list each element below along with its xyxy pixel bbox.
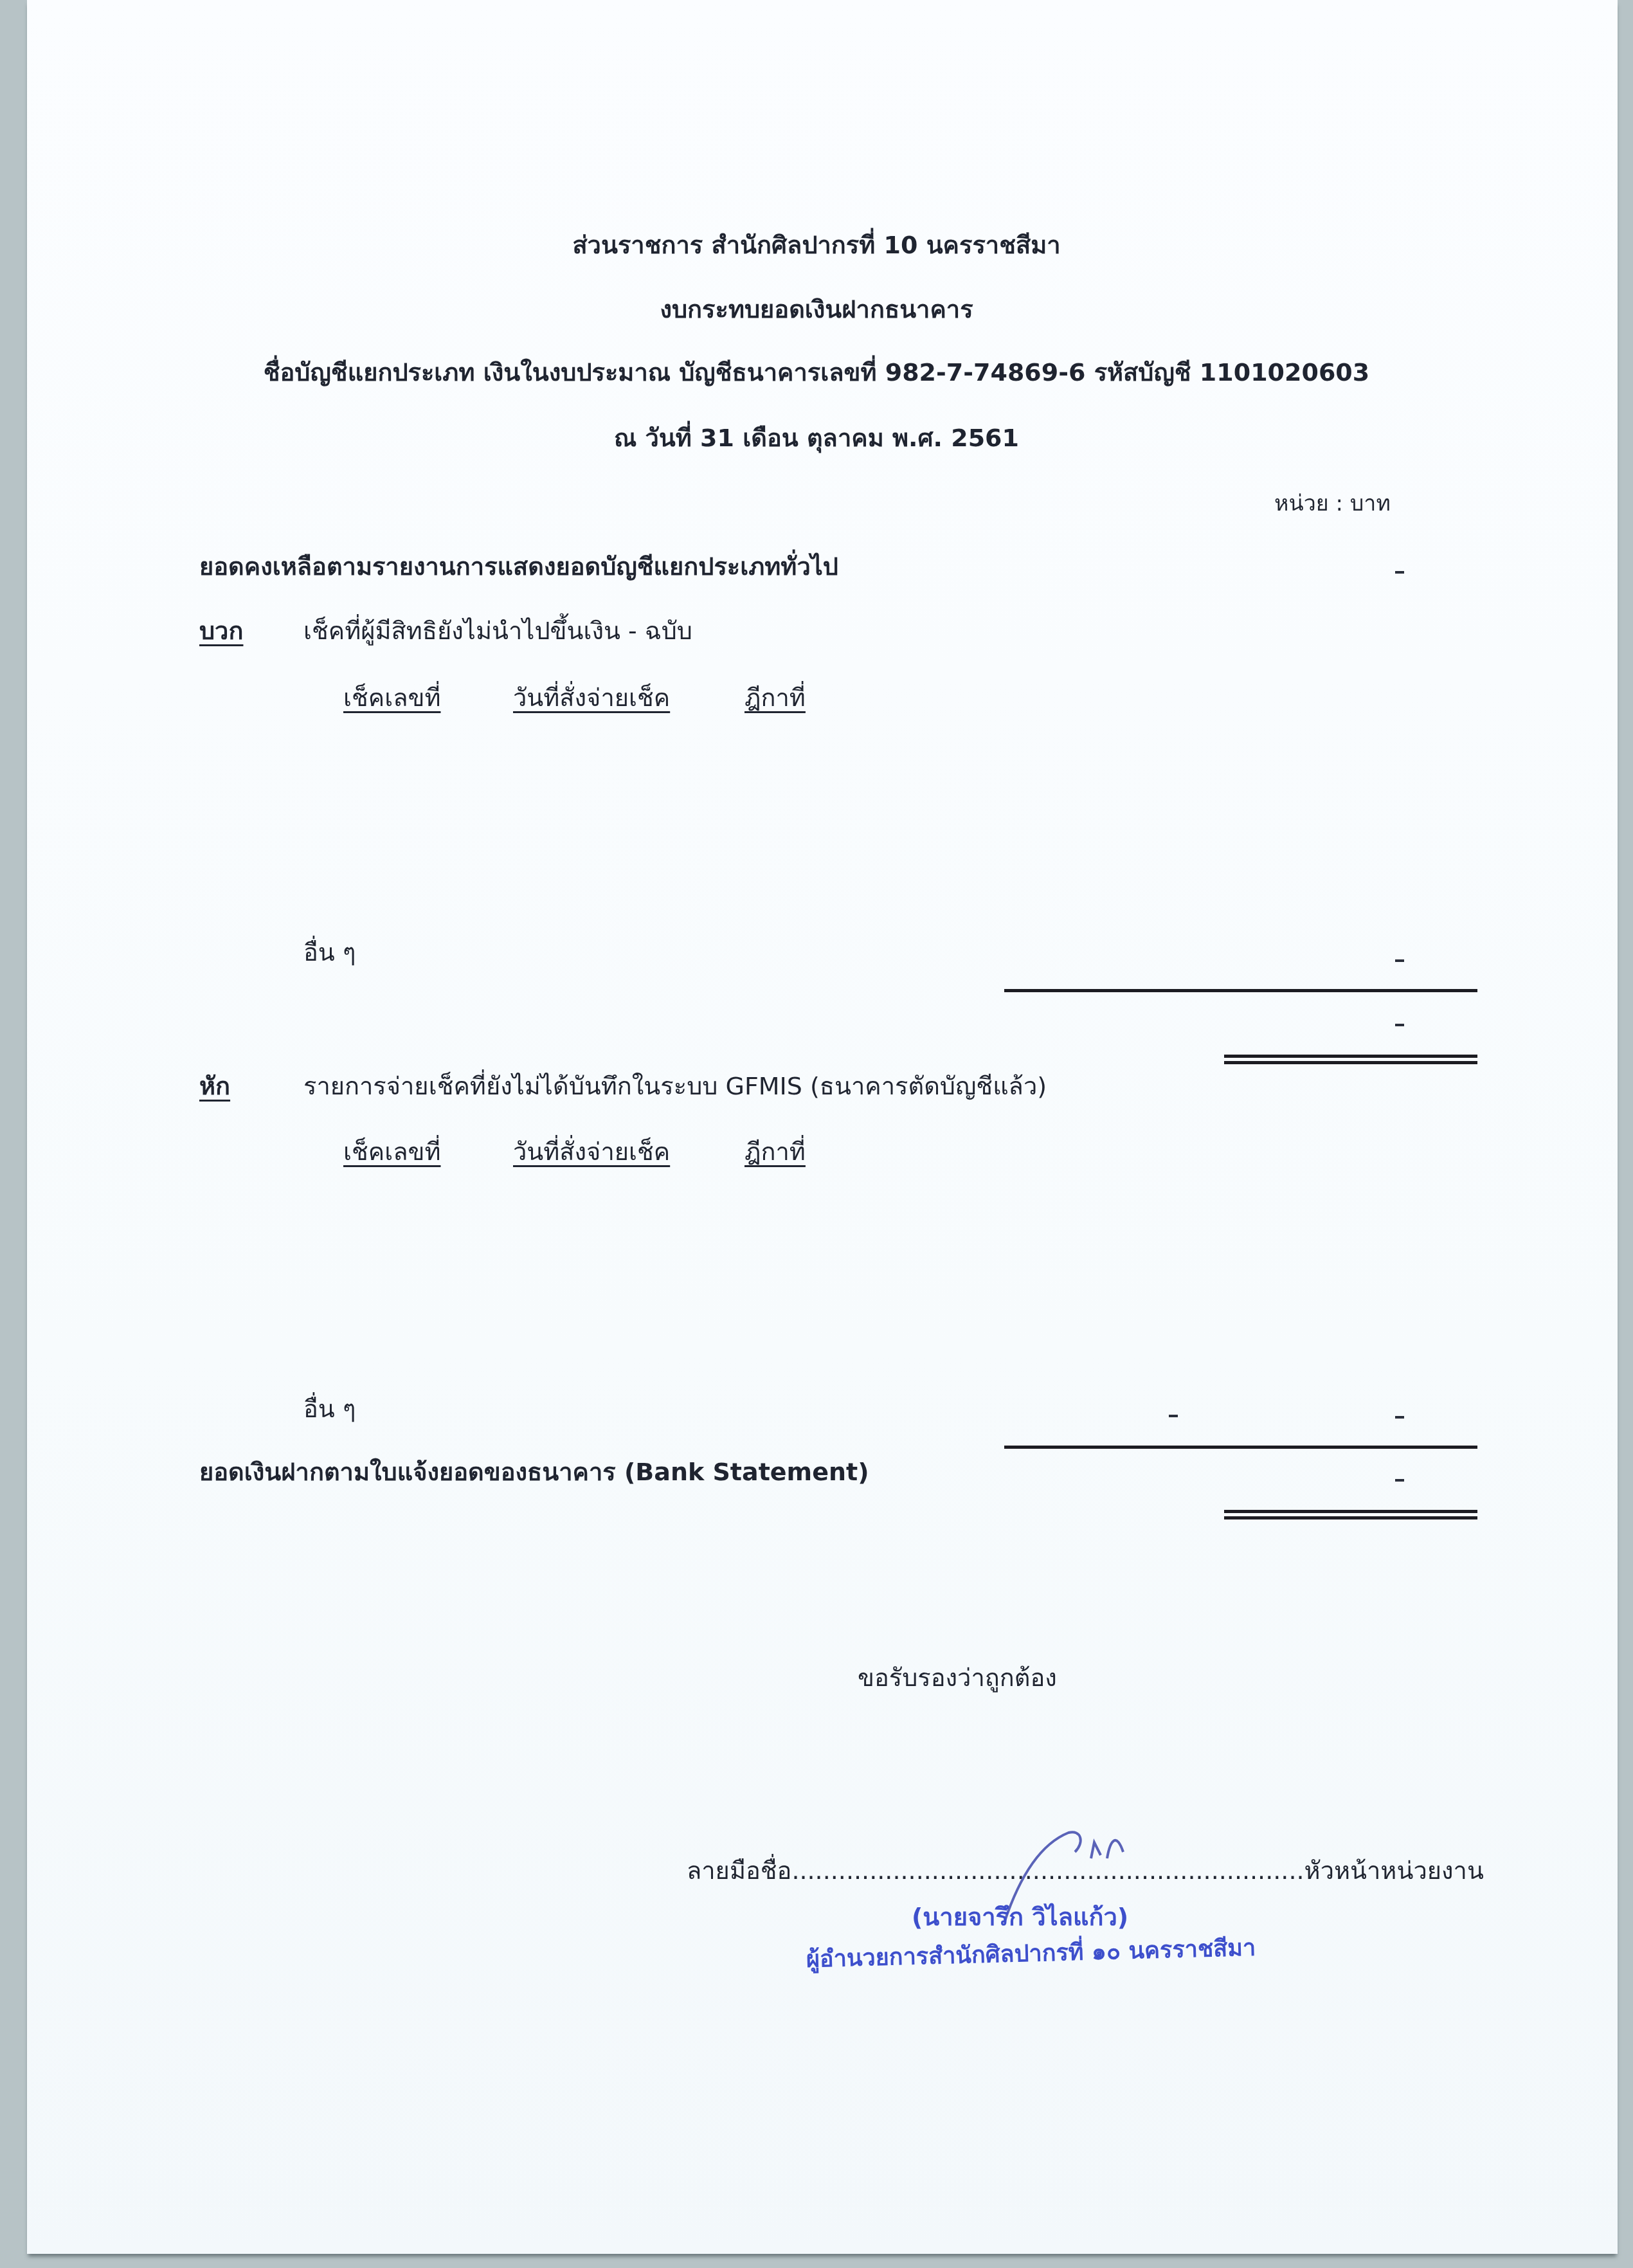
add-other-amount	[1395, 959, 1404, 962]
signature-label: ลายมือชื่อ	[687, 1856, 791, 1885]
deduct-label: หัก	[199, 1074, 230, 1098]
add-col-voucher-no: ฎีกาที่	[744, 685, 806, 710]
deduct-description: รายการจ่ายเช็คที่ยังไม่ได้บันทึกในระบบ G…	[303, 1074, 1047, 1098]
certification-text: ขอรับรองว่าถูกต้อง	[858, 1665, 1057, 1690]
add-other-label: อื่น ๆ	[303, 940, 356, 965]
bank-statement-amount	[1395, 1479, 1404, 1482]
ledger-balance-amount	[1395, 571, 1404, 574]
signer-title-stamp: ผู้อำนวยการสำนักศิลปากรที่ ๑๐ นครราชสีมา	[806, 1937, 1256, 1972]
document-title: งบกระทบยอดเงินฝากธนาคาร	[660, 297, 973, 322]
date-line: ณ วันที่ 31 เดือน ตุลาคม พ.ศ. 2561	[614, 426, 1019, 450]
account-line: ชื่อบัญชีแยกประเภท เงินในงบประมาณ บัญชีธ…	[264, 360, 1369, 385]
add-description: เช็คที่ผู้มีสิทธิยังไม่นำไปขึ้นเงิน - ฉบ…	[303, 619, 692, 643]
subtotal-rule-2	[1004, 1446, 1477, 1449]
double-rule	[1224, 1055, 1477, 1064]
add-col-cheque-no: เช็คเลขที่	[343, 685, 441, 710]
deduct-col-cheque-date: วันที่สั่งจ่ายเช็ค	[513, 1139, 670, 1164]
deduct-col-cheque-no: เช็คเลขที่	[343, 1139, 441, 1164]
deduct-other-amount-2	[1395, 1416, 1404, 1419]
ledger-balance-label: ยอดคงเหลือตามรายงานการแสดงยอดบัญชีแยกประ…	[199, 554, 838, 579]
bank-statement-label: ยอดเงินฝากตามใบแจ้งยอดของธนาคาร (Bank St…	[199, 1460, 869, 1484]
add-label: บวก	[199, 619, 243, 643]
deduct-col-voucher-no: ฎีกาที่	[744, 1139, 806, 1164]
deduct-other-amount-1	[1169, 1415, 1178, 1417]
subtotal-rule	[1004, 989, 1477, 992]
double-rule-2	[1224, 1510, 1477, 1520]
unit-label: หน่วย : บาท	[1274, 493, 1391, 514]
deduct-other-label: อื่น ๆ	[303, 1397, 356, 1421]
add-subtotal-amount	[1395, 1024, 1404, 1026]
signer-position: หัวหน้าหน่วยงาน	[1304, 1856, 1484, 1885]
add-col-cheque-date: วันที่สั่งจ่ายเช็ค	[513, 685, 670, 710]
signer-name-stamp: (นายจารึก วิไลแก้ว)	[912, 1905, 1128, 1929]
document-page: ส่วนราชการ สำนักศิลปากรที่ 10 นครราชสีมา…	[27, 0, 1618, 2254]
agency-heading: ส่วนราชการ สำนักศิลปากรที่ 10 นครราชสีมา	[572, 233, 1060, 257]
